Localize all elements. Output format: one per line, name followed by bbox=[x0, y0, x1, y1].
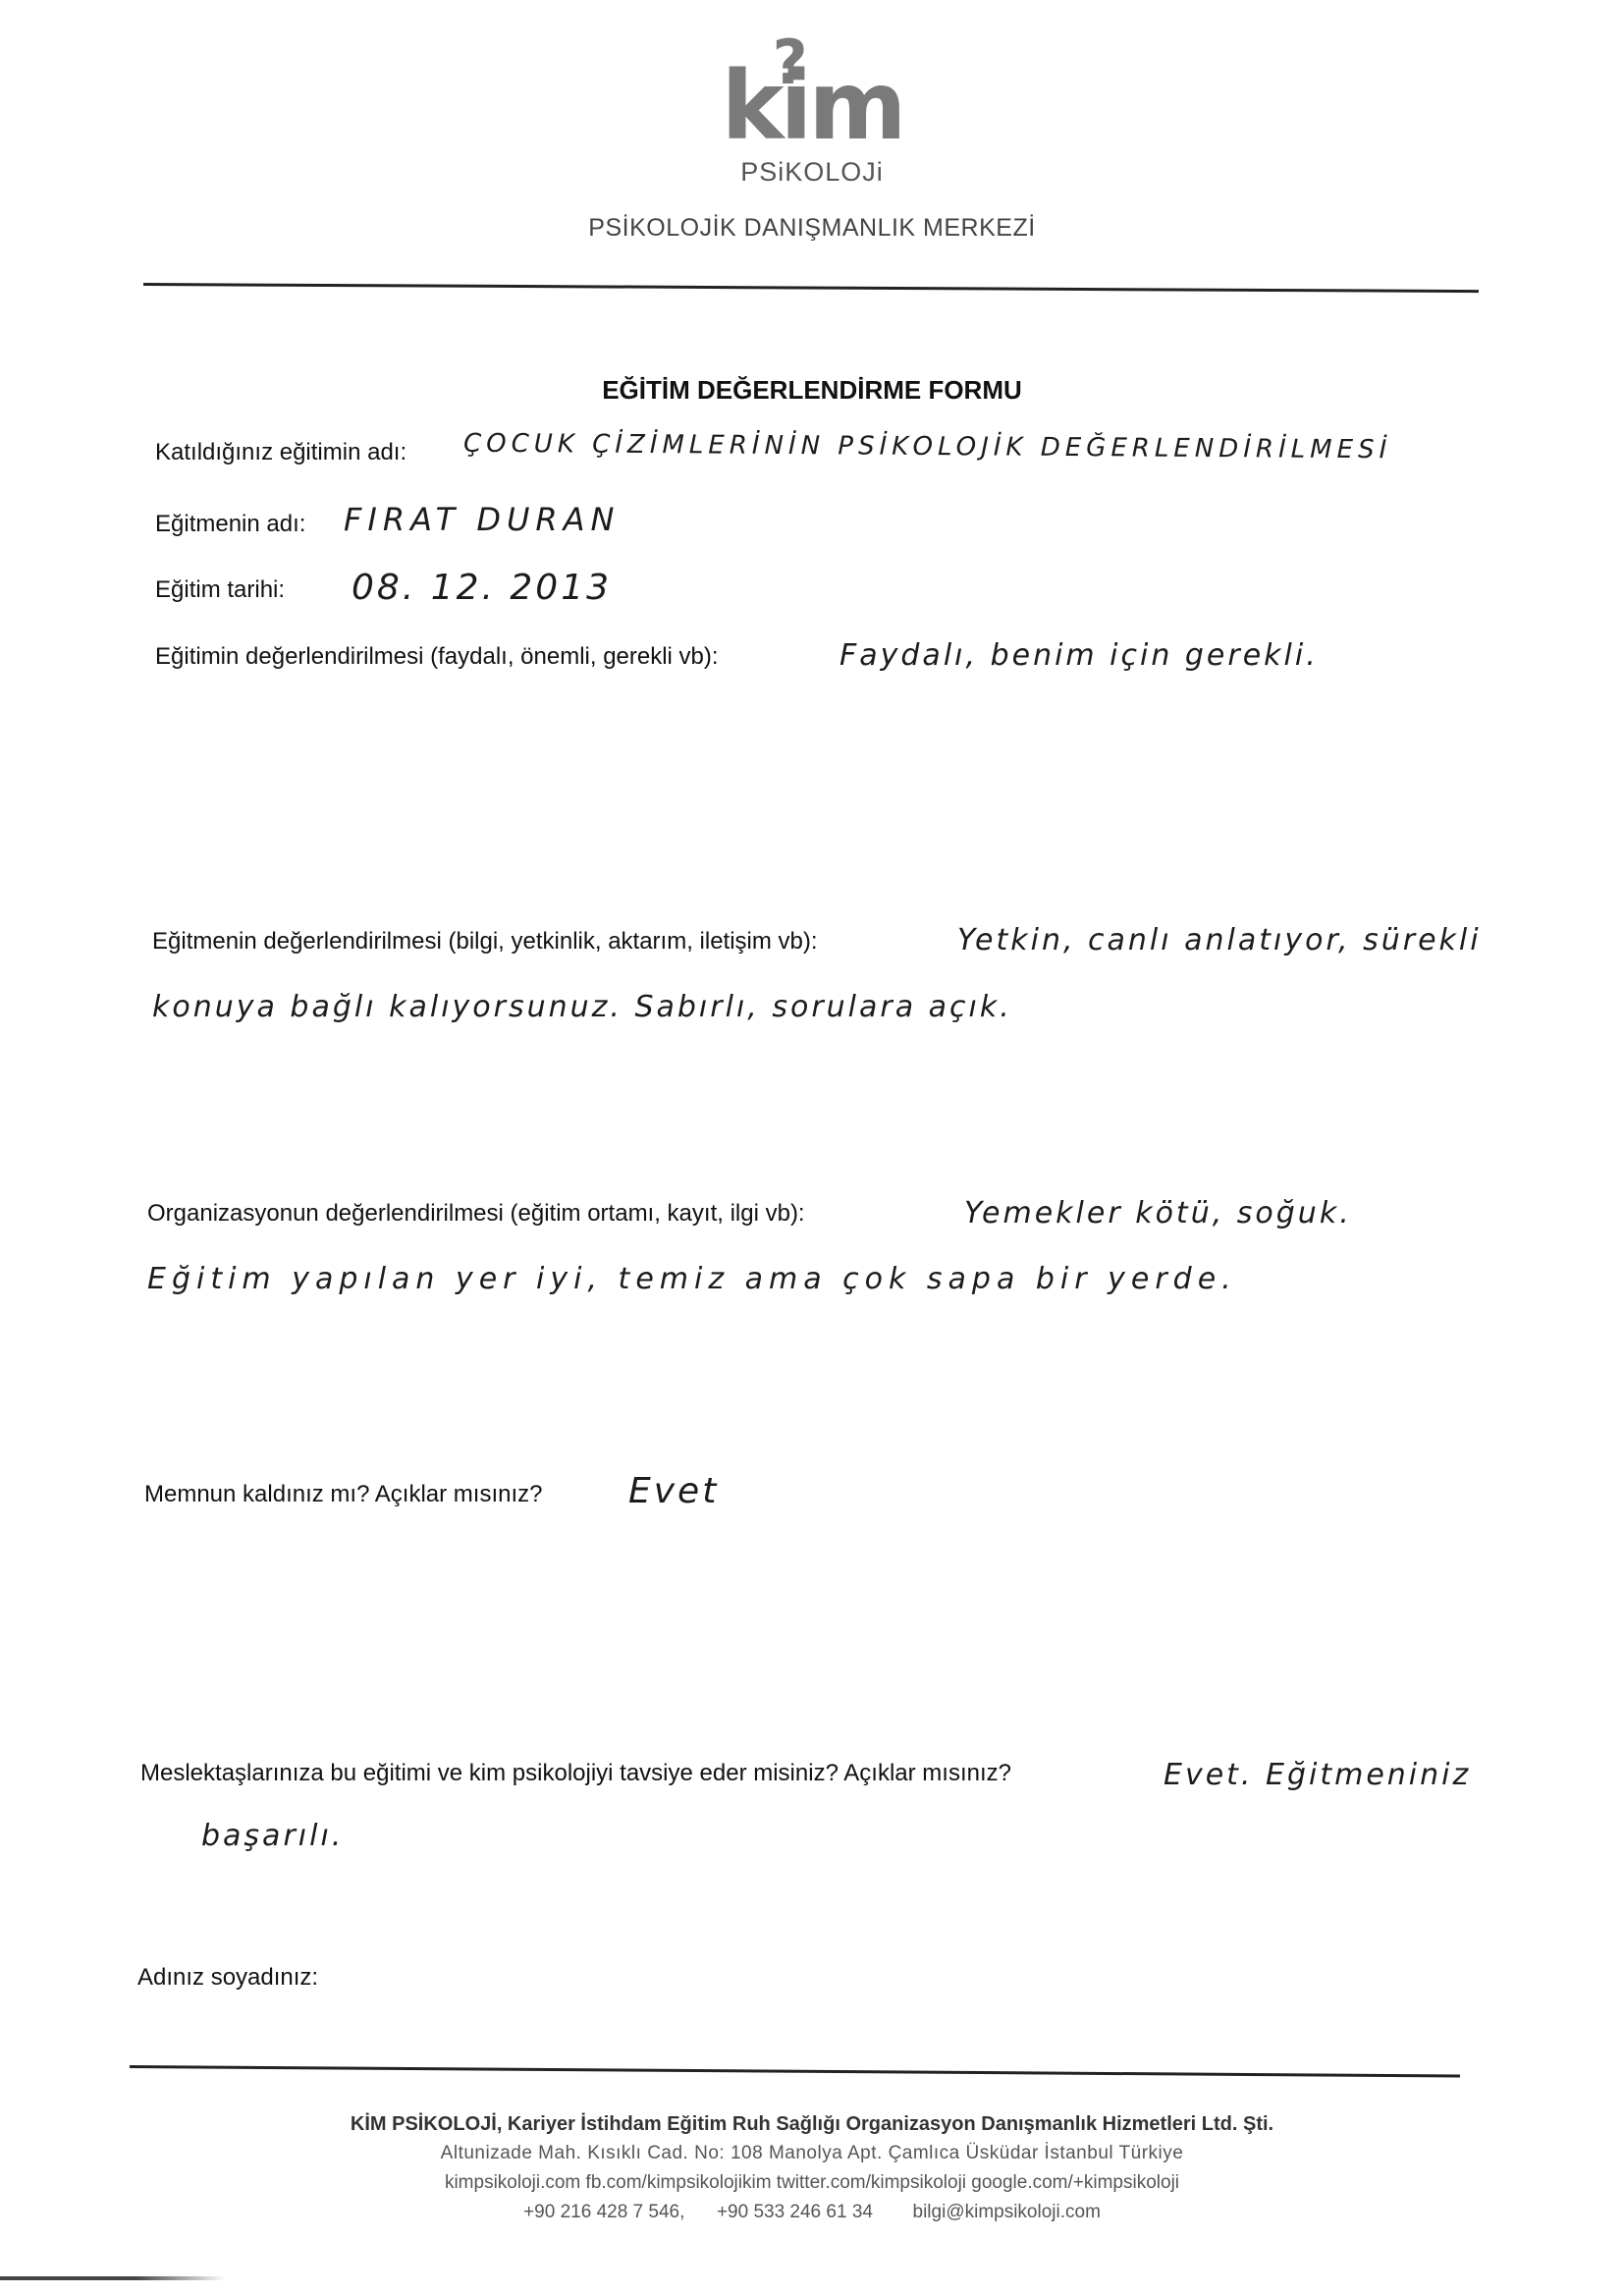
footer-email: bilgi@kimpsikoloji.com bbox=[913, 2202, 1101, 2222]
footer-contact: +90 216 428 7 546, +90 533 246 61 34 bil… bbox=[0, 2202, 1624, 2223]
footer-phone-2: +90 533 246 61 34 bbox=[717, 2202, 873, 2222]
logo-text: kim bbox=[722, 51, 903, 161]
logo-wordmark: kim ? bbox=[722, 59, 903, 153]
training-evaluation-label: Eğitimin değerlendirilmesi (faydalı, öne… bbox=[155, 643, 719, 671]
logo-subtitle: PSiKOLOJi bbox=[0, 157, 1624, 188]
training-date-field[interactable]: 08. 12. 2013 bbox=[352, 568, 612, 608]
recommendation-field-line2[interactable]: başarılı. bbox=[201, 1819, 344, 1853]
footer-address: Altunizade Mah. Kısıklı Cad. No: 108 Man… bbox=[0, 2143, 1624, 2164]
footer-phone-1: +90 216 428 7 546, bbox=[523, 2202, 684, 2222]
form-title: EĞİTİM DEĞERLENDİRME FORMU bbox=[0, 375, 1624, 406]
footer-web-links: kimpsikoloji.com fb.com/kimpsikolojikim … bbox=[0, 2172, 1624, 2194]
recommendation-label: Meslektaşlarınıza bu eğitimi ve kim psik… bbox=[140, 1760, 1011, 1787]
trainer-name-label: Eğitmenin adı: bbox=[155, 511, 305, 538]
scan-edge-line bbox=[0, 2276, 226, 2280]
organization-evaluation-field-line1[interactable]: Yemekler kötü, soğuk. bbox=[964, 1196, 1352, 1230]
trainer-evaluation-field-line1[interactable]: Yetkin, canlı anlatıyor, sürekli bbox=[957, 923, 1482, 957]
satisfaction-field[interactable]: Evet bbox=[628, 1471, 719, 1511]
question-mark-icon: ? bbox=[773, 16, 804, 110]
training-evaluation-field[interactable]: Faydalı, benim için gerekli. bbox=[839, 638, 1319, 673]
training-date-label: Eğitim tarihi: bbox=[155, 576, 285, 604]
trainer-name-field[interactable]: FIRAT DURAN bbox=[344, 501, 620, 538]
training-name-label: Katıldığınız eğitimin adı: bbox=[155, 439, 406, 466]
organization-evaluation-label: Organizasyonun değerlendirilmesi (eğitim… bbox=[147, 1200, 805, 1228]
header-divider bbox=[143, 283, 1479, 293]
satisfaction-label: Memnun kaldınız mı? Açıklar mısınız? bbox=[144, 1481, 542, 1508]
full-name-field[interactable] bbox=[363, 1959, 952, 1994]
training-name-field[interactable]: ÇOCUK ÇİZİMLERİNİN PSİKOLOJİK DEĞERLENDİ… bbox=[463, 429, 1391, 465]
footer-divider bbox=[130, 2065, 1460, 2077]
organization-evaluation-field-line2[interactable]: Eğitim yapılan yer iyi, temiz ama çok sa… bbox=[147, 1262, 1237, 1296]
trainer-evaluation-label: Eğitmenin değerlendirilmesi (bilgi, yetk… bbox=[152, 928, 818, 956]
full-name-label: Adınız soyadınız: bbox=[137, 1964, 318, 1992]
footer-company: KİM PSİKOLOJİ, Kariyer İstihdam Eğitim R… bbox=[0, 2113, 1624, 2136]
center-name: PSİKOLOJİK DANIŞMANLIK MERKEZİ bbox=[0, 214, 1624, 243]
company-logo: kim ? PSiKOLOJi bbox=[0, 59, 1624, 188]
recommendation-field-line1[interactable]: Evet. Eğitmeniniz bbox=[1164, 1758, 1471, 1792]
trainer-evaluation-field-line2[interactable]: konuya bağlı kalıyorsunuz. Sabırlı, soru… bbox=[152, 990, 1012, 1024]
